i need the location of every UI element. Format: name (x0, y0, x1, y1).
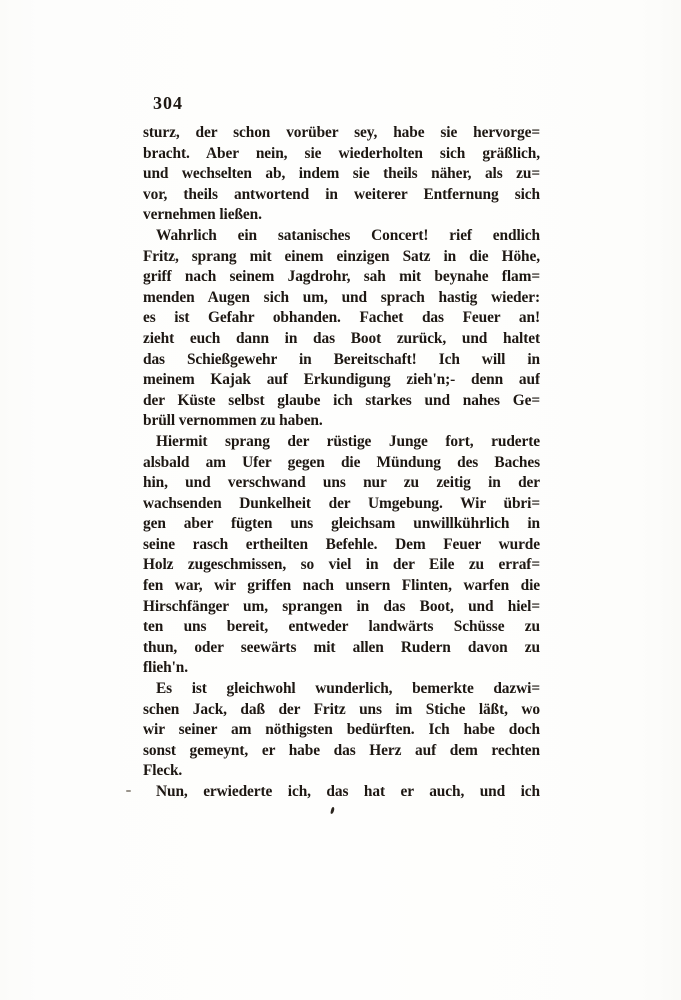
text-line: ten uns bereit, entweder landwärts Schüs… (143, 617, 540, 638)
text-line: und wechselten ab, indem sie theils nähe… (143, 164, 540, 185)
text-line: bracht. Aber nein, sie wiederholten sich… (143, 144, 540, 165)
text-line: Holz zugeschmissen, so viel in der Eile … (143, 555, 540, 576)
text-line: Hirschfänger um, sprangen in das Boot, u… (143, 597, 540, 618)
ink-speck (330, 807, 335, 815)
text-line: brüll vernommen zu haben. (143, 411, 540, 432)
text-line: sonst gemeynt, er habe das Herz auf dem … (143, 741, 540, 762)
text-line: wachsenden Dunkelheit der Umgebung. Wir … (143, 494, 540, 515)
text-line: griff nach seinem Jagdrohr, sah mit beyn… (143, 267, 540, 288)
text-line: seine rasch ertheilten Befehle. Dem Feue… (143, 535, 540, 556)
text-line: fen war, wir griffen nach unsern Flinten… (143, 576, 540, 597)
text-line: meinem Kajak auf Erkundigung zieh'n;- de… (143, 370, 540, 391)
ink-speck (126, 790, 131, 792)
text-line: schen Jack, daß der Fritz uns im Stiche … (143, 700, 540, 721)
text-line: es ist Gefahr obhanden. Fachet das Feuer… (143, 308, 540, 329)
text-line: menden Augen sich um, und sprach hastig … (143, 288, 540, 309)
text-line: vor, theils antwortend in weiterer Entfe… (143, 185, 540, 206)
text-line: alsbald am Ufer gegen die Mündung des Ba… (143, 453, 540, 474)
book-page-scan: 304 sturz, der schon vorüber sey, habe s… (0, 0, 681, 1000)
paragraph: Hiermit sprang der rüstige Junge fort, r… (143, 432, 540, 679)
paragraph: Nun, erwiederte ich, das hat er auch, un… (143, 782, 540, 803)
text-block: sturz, der schon vorüber sey, habe sie h… (143, 123, 540, 803)
paragraph: Wahrlich ein satanisches Concert! rief e… (143, 226, 540, 432)
text-line: das Schießgewehr in Bereitschaft! Ich wi… (143, 350, 540, 371)
text-line: vernehmen ließen. (143, 205, 540, 226)
text-line: der Küste selbst glaube ich starkes und … (143, 391, 540, 412)
text-line: Nun, erwiederte ich, das hat er auch, un… (143, 782, 540, 803)
text-line: flieh'n. (143, 658, 540, 679)
text-line: Wahrlich ein satanisches Concert! rief e… (143, 226, 540, 247)
page-number: 304 (153, 94, 183, 112)
paragraph: Es ist gleichwohl wunderlich, bemerkte d… (143, 679, 540, 782)
text-line: Hiermit sprang der rüstige Junge fort, r… (143, 432, 540, 453)
text-line: wir seiner am nöthigsten bedürften. Ich … (143, 720, 540, 741)
text-line: thun, oder seewärts mit allen Rudern dav… (143, 638, 540, 659)
text-line: gen aber fügten uns gleichsam unwillkühr… (143, 514, 540, 535)
text-line: hin, und verschwand uns nur zu zeitig in… (143, 473, 540, 494)
text-line: zieht euch dann in das Boot zurück, und … (143, 329, 540, 350)
paragraph: sturz, der schon vorüber sey, habe sie h… (143, 123, 540, 226)
text-line: Fleck. (143, 761, 540, 782)
text-line: Fritz, sprang mit einem einzigen Satz in… (143, 247, 540, 268)
text-line: Es ist gleichwohl wunderlich, bemerkte d… (143, 679, 540, 700)
text-line: sturz, der schon vorüber sey, habe sie h… (143, 123, 540, 144)
